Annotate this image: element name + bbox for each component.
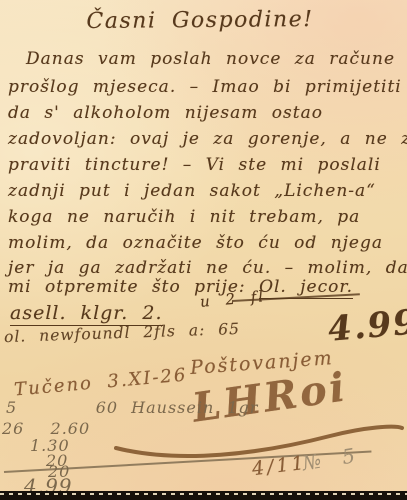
letter-line: da s' alkoholom nijesam ostao (8, 103, 323, 123)
letter-line: zadovoljan: ovaj je za gorenje, a ne za (8, 129, 407, 149)
letter-line: praviti tincture! – Vi ste mi poslali (8, 155, 381, 175)
letter-line: mi otpremite što prije: Ol. jecor. (8, 277, 353, 297)
dateline: Tučeno 3.XI-26 (13, 364, 188, 400)
order-item-line2: asell. klgr. 2. (10, 302, 163, 324)
letter-line: koga ne naručih i nit trebam, pa (8, 207, 360, 227)
salutation: Časni Gospodine! (55, 7, 345, 35)
total-amount-large: 4.99 (326, 302, 407, 350)
letter-line: zadnji put i jedan sakot „Lichen-a“ (8, 181, 376, 201)
handwritten-postcard: Časni Gospodine! Danas vam poslah novce … (0, 0, 407, 500)
letter-line: Danas vam poslah novce za račune (26, 49, 395, 69)
perforated-edge (0, 491, 407, 500)
letter-line: jer ja ga zadržati ne ću. – molim, da (8, 258, 407, 278)
tally-row: 5 60 Haussein 1gr (6, 398, 258, 417)
letter-line: prošlog mjeseca. – Imao bi primijetiti (8, 77, 402, 97)
signature-flourish (110, 418, 407, 460)
letter-line: molim, da označite što ću od njega (8, 233, 383, 253)
